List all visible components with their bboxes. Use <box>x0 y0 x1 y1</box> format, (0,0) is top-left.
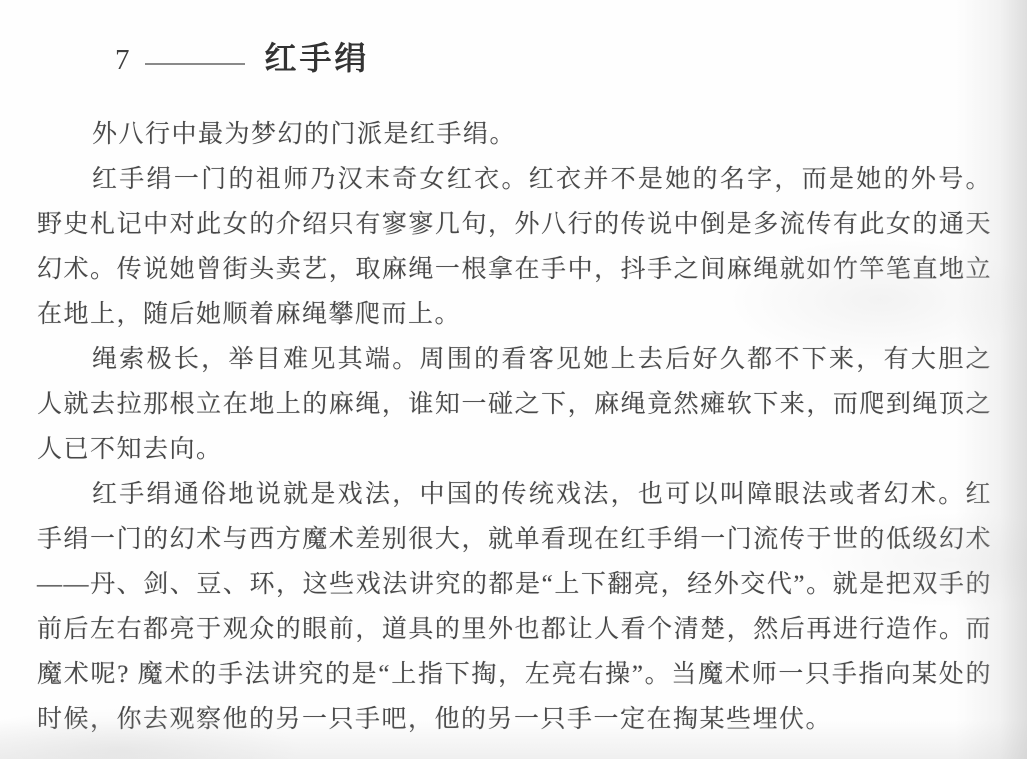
chapter-underline <box>145 63 245 65</box>
book-page: 7 红手绢 外八行中最为梦幻的门派是红手绢。 红手绢一门的祖师乃汉末奇女红衣。红… <box>0 0 1027 759</box>
paragraph: 绳索极长，举目难见其端。周围的看客见她上去后好久都不下来，有大胆之人就去拉那根立… <box>37 337 992 472</box>
chapter-title: 红手绢 <box>265 33 370 79</box>
chapter-body: 外八行中最为梦幻的门派是红手绢。 红手绢一门的祖师乃汉末奇女红衣。红衣并不是她的… <box>37 112 992 742</box>
paragraph: 外八行中最为梦幻的门派是红手绢。 <box>37 112 992 157</box>
paragraph: 红手绢通俗地说就是戏法，中国的传统戏法，也可以叫障眼法或者幻术。红手绢一门的幻术… <box>37 472 992 742</box>
chapter-heading: 7 红手绢 <box>115 33 370 79</box>
paragraph: 红手绢一门的祖师乃汉末奇女红衣。红衣并不是她的名字，而是她的外号。野史札记中对此… <box>37 157 992 337</box>
chapter-number: 7 <box>115 44 131 77</box>
